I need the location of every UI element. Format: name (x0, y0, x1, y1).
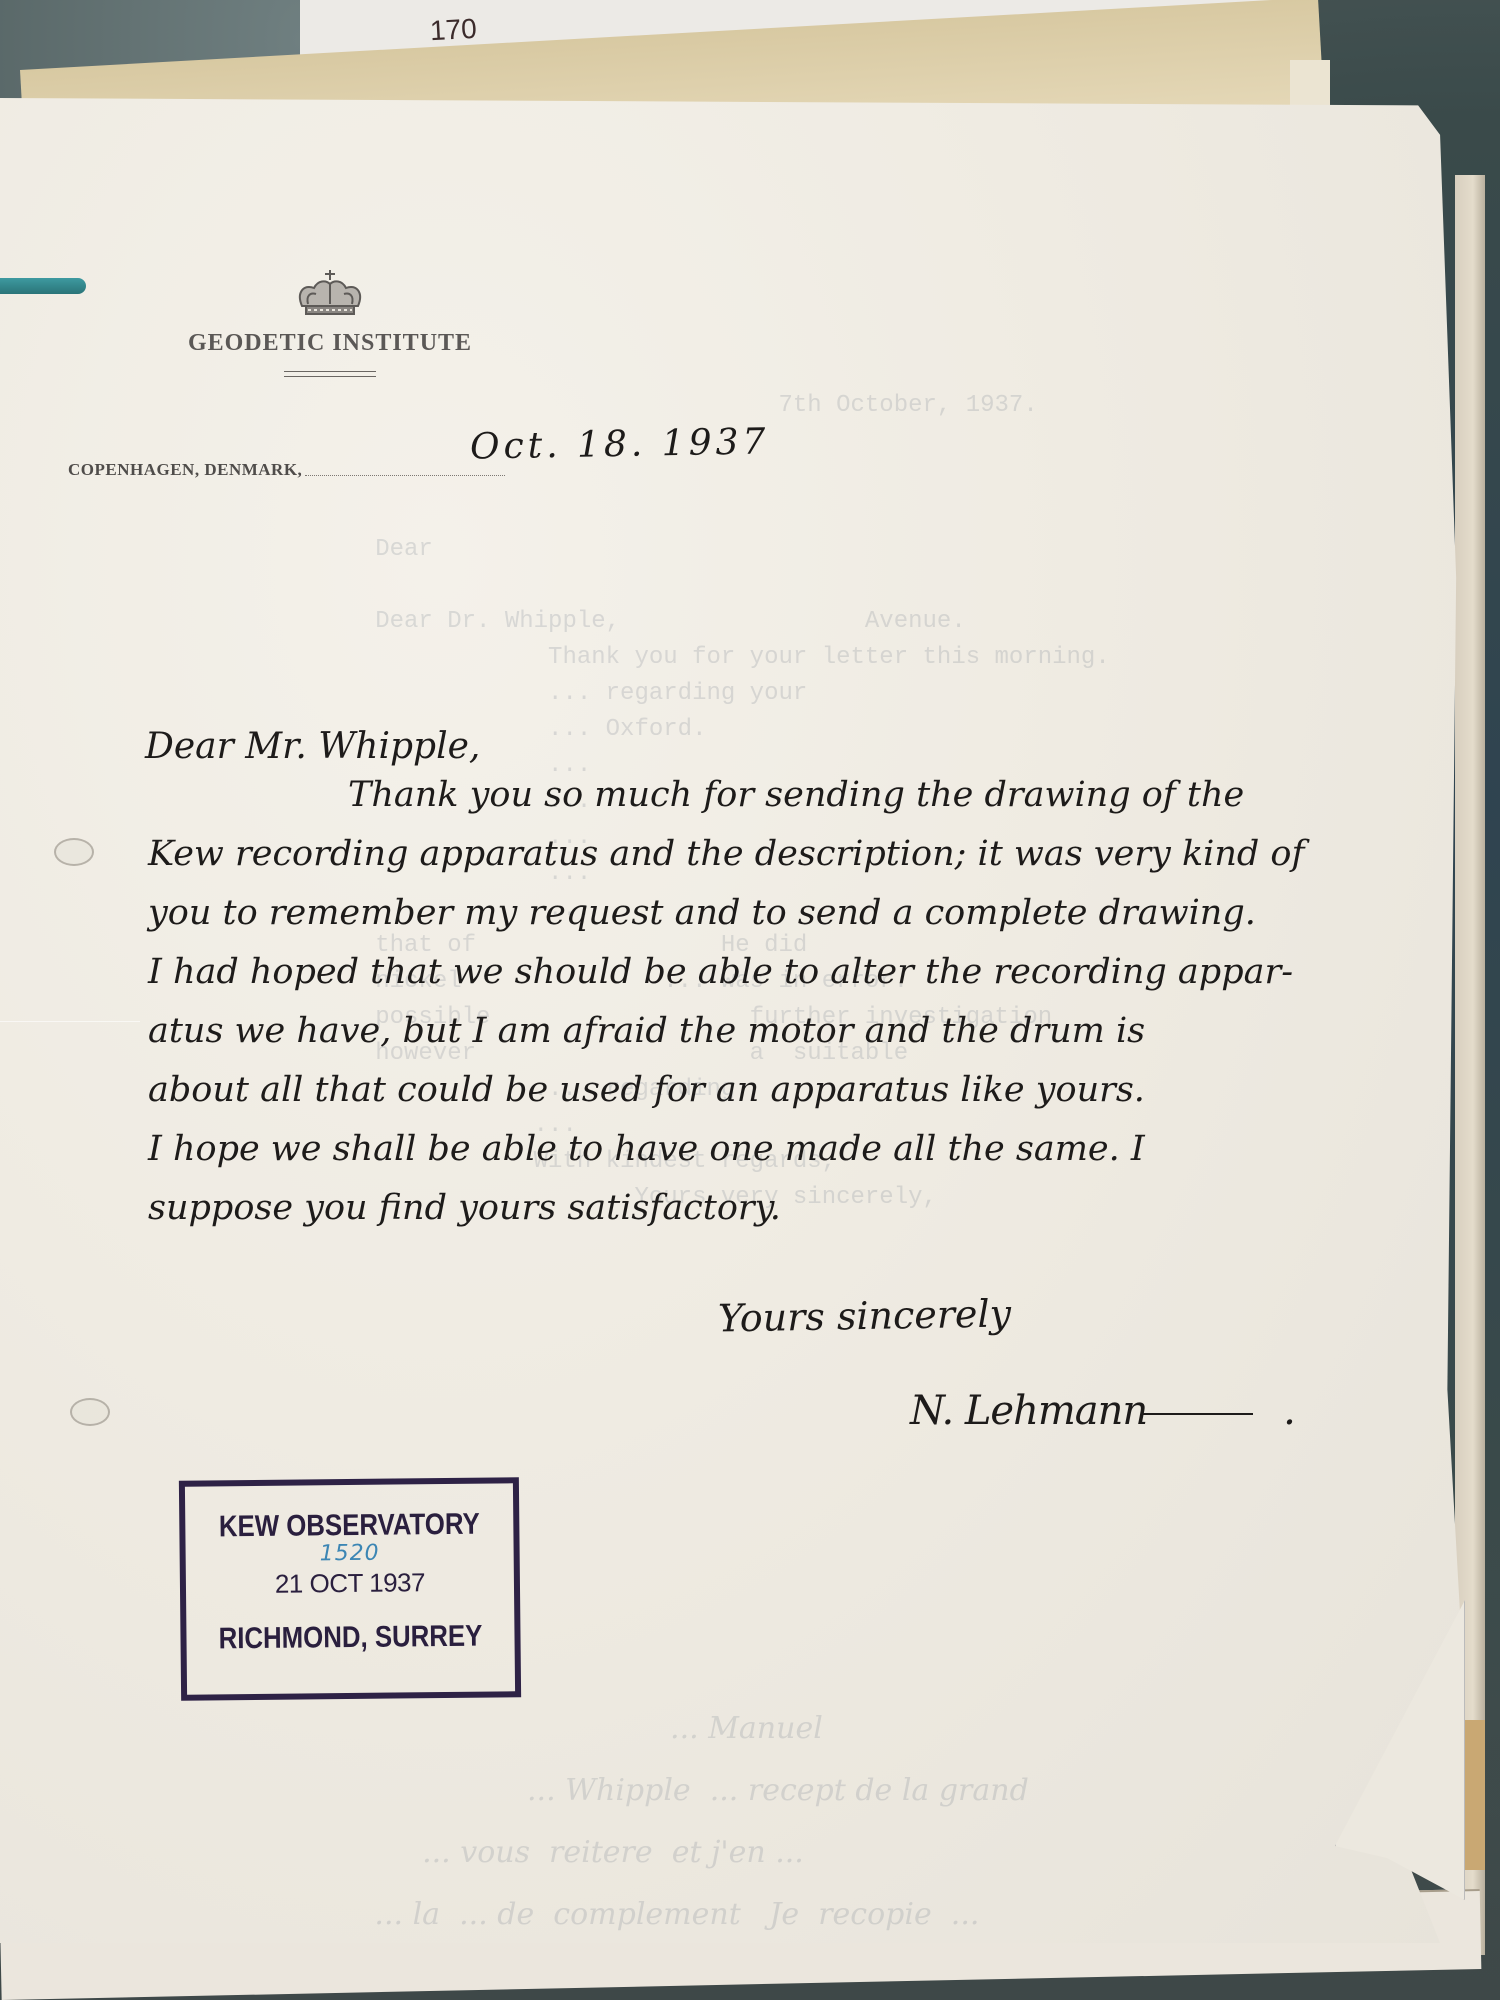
stamp-received-date: 21 OCT 1937 (186, 1566, 514, 1600)
body-line: suppose you find yours satisfactory. (148, 1179, 1448, 1238)
institute-name: GEODETIC INSTITUTE (140, 330, 520, 357)
body-line: about all that could be used for an appa… (148, 1061, 1448, 1120)
handwritten-date: Oct. 18. 1937 (470, 421, 770, 467)
date-dotted-line (305, 475, 505, 476)
punch-hole (54, 838, 94, 866)
letterhead-location: COPENHAGEN, DENMARK, (68, 460, 505, 480)
location-text: COPENHAGEN, DENMARK, (68, 460, 302, 480)
stamp-title: KEW OBSERVATORY (208, 1508, 490, 1545)
closing: Yours sincerely (718, 1291, 1012, 1340)
signature-flourish (1143, 1413, 1253, 1415)
royal-crown-icon (294, 268, 366, 320)
body-line: Kew recording apparatus and the descript… (148, 825, 1448, 884)
show-through-handwritten-text: ... Manuel ... Whipple ... recept de la … (260, 1698, 1029, 1946)
letterhead-double-rule (284, 371, 376, 377)
signature-text: N. Lehmann (910, 1388, 1147, 1434)
body-line: you to remember my request and to send a… (148, 884, 1448, 943)
punch-hole (70, 1398, 110, 1426)
salutation: Dear Mr. Whipple, (145, 726, 480, 767)
letterhead: GEODETIC INSTITUTE (140, 268, 520, 377)
fold-crease (0, 1021, 140, 1022)
received-stamp: KEW OBSERVATORY 1520 21 OCT 1937 RICHMON… (179, 1477, 521, 1701)
letter-sheet: 7th October, 1937. Dear Dear Dr. Whipple… (0, 98, 1462, 1943)
body-line: atus we have, but I am afraid the motor … (148, 1002, 1448, 1061)
stamp-place: RICHMOND, SURREY (209, 1620, 491, 1657)
binder-ribbon (0, 278, 86, 294)
body-line: I had hoped that we should be able to al… (148, 943, 1448, 1002)
letter-body: Thank you so much for sending the drawin… (148, 766, 1448, 1238)
signature: N. Lehmann. (910, 1388, 1295, 1434)
archive-folder-number: 170 (429, 13, 477, 47)
signature-dot: . (1283, 1388, 1295, 1434)
body-line: Thank you so much for sending the drawin… (148, 766, 1448, 825)
underlying-sheet-edge (1290, 60, 1330, 110)
body-line: I hope we shall be able to have one made… (148, 1120, 1448, 1179)
